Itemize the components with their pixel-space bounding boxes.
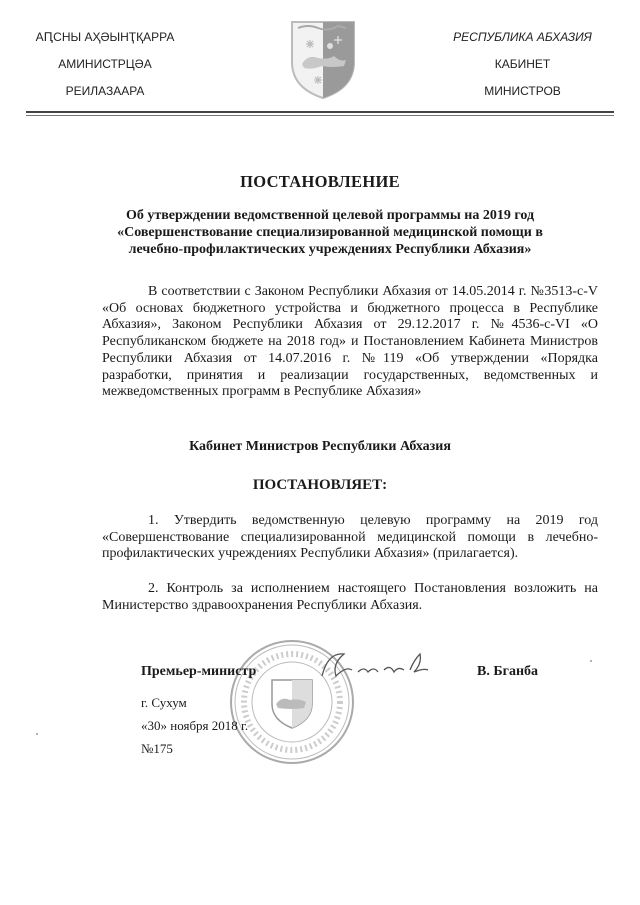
document-date: «30» ноября 2018 г. [141, 718, 248, 734]
decree-item-1: 1. Утвердить ведомственную целевую прогр… [102, 513, 598, 563]
header-right-line3: МИНИСТРОВ [440, 78, 605, 105]
decree-heading: ПОСТАНОВЛЯЕТ: [0, 477, 640, 494]
document-city: г. Сухум [141, 695, 187, 711]
coat-of-arms-icon [288, 16, 358, 100]
document-title: ПОСТАНОВЛЕНИЕ [0, 172, 640, 192]
document-number: №175 [141, 741, 173, 757]
scan-speck [36, 733, 38, 735]
header-divider-thick [26, 111, 614, 113]
decree-item-2: 2. Контроль за исполнением настоящего По… [102, 581, 598, 614]
header-right-block: РЕСПУБЛИКА АБХАЗИЯ КАБИНЕТ МИНИСТРОВ [440, 24, 605, 105]
header-right-line1: РЕСПУБЛИКА АБХАЗИЯ [440, 24, 605, 51]
header-left-line2: АМИНИСТРЦӘА [30, 51, 180, 78]
handwritten-signature [318, 646, 448, 686]
issuer-heading: Кабинет Министров Республики Абхазия [0, 439, 640, 455]
header-right-line2: КАБИНЕТ [440, 51, 605, 78]
header-divider-thin [26, 115, 614, 116]
scan-speck [590, 660, 592, 662]
preamble-paragraph: В соответствии с Законом Республики Абха… [102, 284, 598, 401]
header-left-line3: РЕИЛАЗААРА [30, 78, 180, 105]
header-left-line1: АԤСНЫ АҲӘЫНҬҚАРРА [30, 24, 180, 51]
document-subtitle: Об утверждении ведомственной целевой про… [100, 207, 560, 258]
signatory-name: В. Бганба [477, 664, 538, 680]
signatory-position: Премьер-министр [141, 664, 256, 680]
header-left-block: АԤСНЫ АҲӘЫНҬҚАРРА АМИНИСТРЦӘА РЕИЛАЗААРА [30, 24, 180, 105]
